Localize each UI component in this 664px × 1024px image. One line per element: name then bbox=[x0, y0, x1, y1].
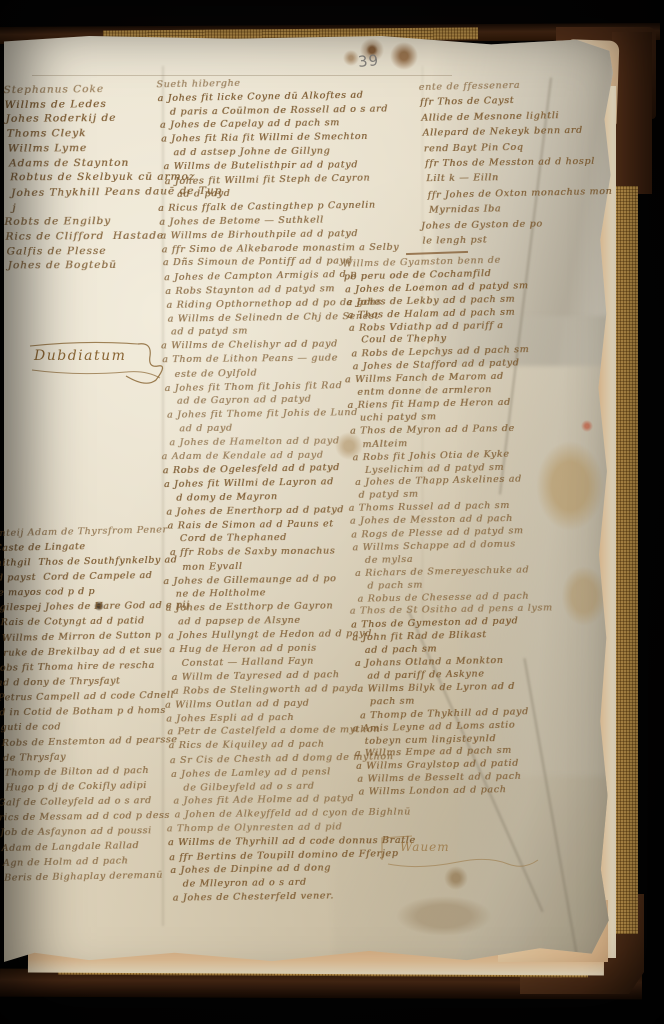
gilt-band-right bbox=[614, 186, 638, 934]
marginal-note-bottom-text: Wauem bbox=[400, 840, 450, 854]
manuscript-line: le lengh pst bbox=[422, 230, 607, 249]
right-entry-column-top: ente de ffesseneraffr Thos de CaystAllid… bbox=[423, 76, 611, 249]
marginal-note-bottom: Wauem bbox=[378, 830, 548, 880]
penwork-flourish bbox=[378, 830, 548, 880]
marginal-note-left-text: Dubdiatum bbox=[34, 348, 126, 364]
penwork-flourish bbox=[26, 336, 186, 396]
marginal-note-left: Dubdiatum bbox=[26, 336, 186, 396]
manuscript-photo: 39 Stephanus CokeWillms de LedesJohes Ro… bbox=[0, 0, 664, 1024]
folio-number: 39 bbox=[357, 51, 380, 71]
right-entry-column: Willms de Gyamston benn depo peru ode de… bbox=[346, 254, 560, 800]
